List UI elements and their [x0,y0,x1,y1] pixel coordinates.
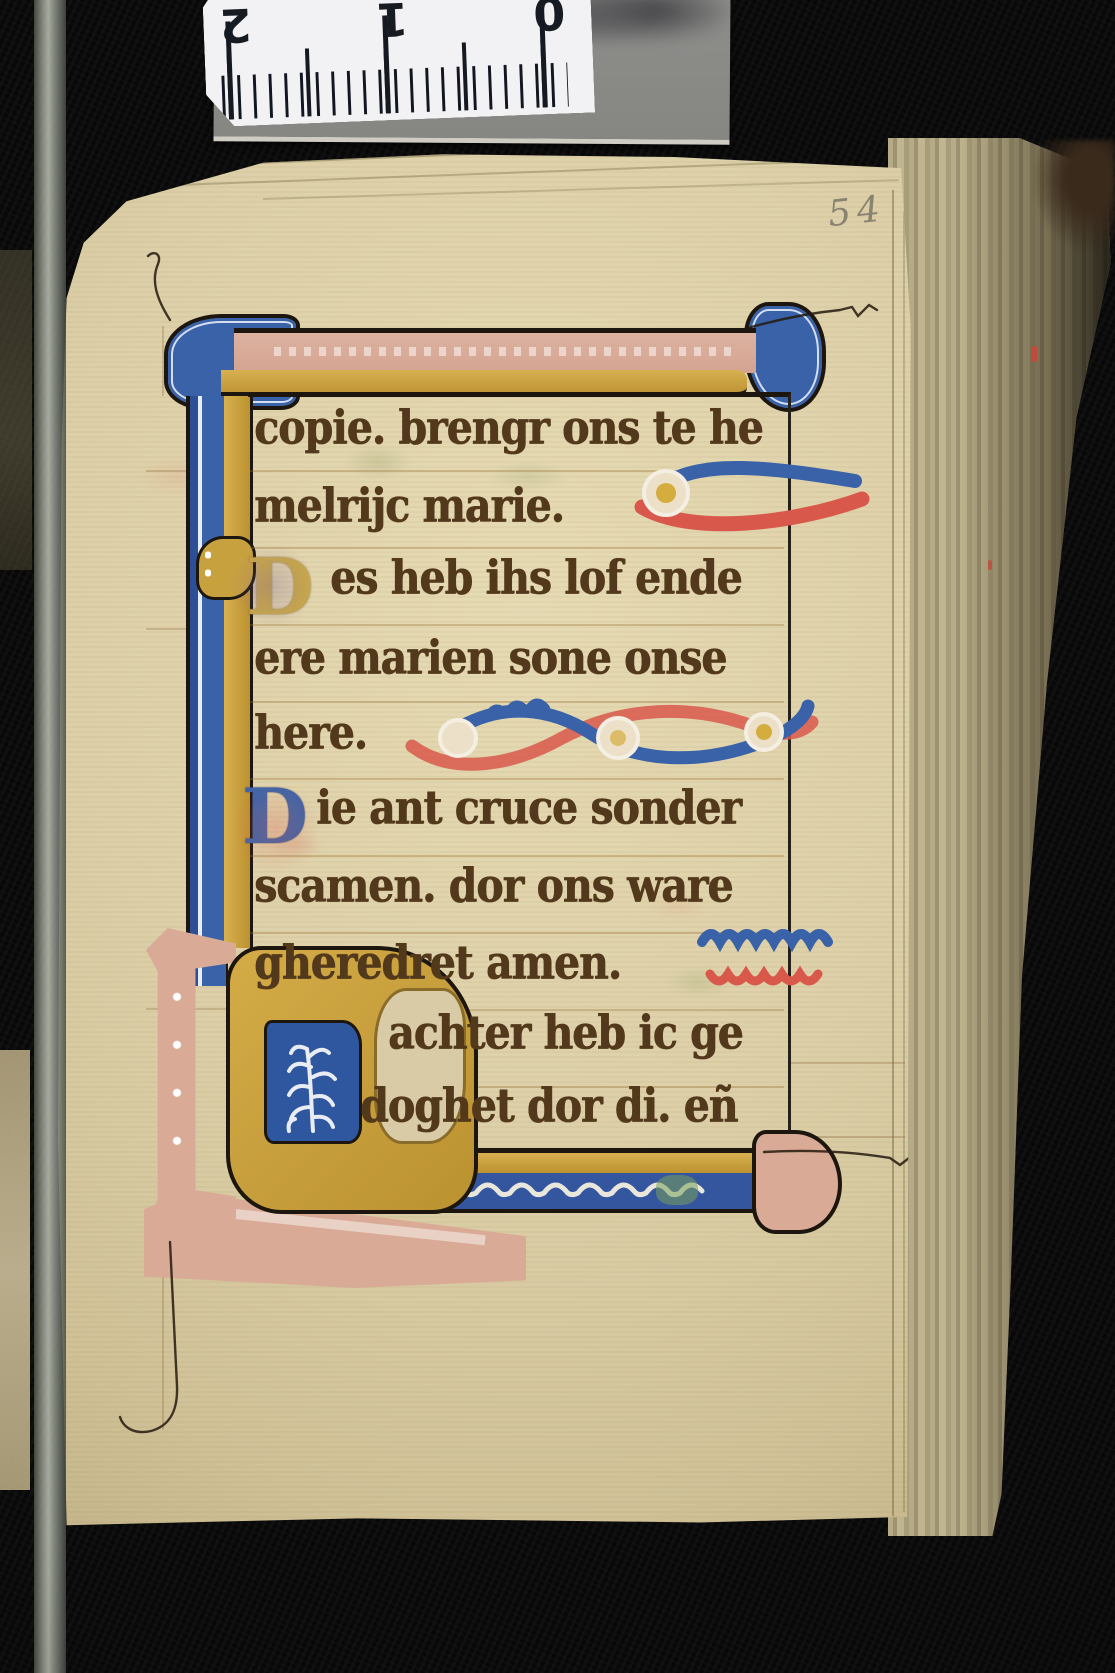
line-filler-double-scroll [392,686,822,786]
binding-corner [1030,140,1115,250]
border-bottom-right-hook [752,1130,842,1234]
manuscript-page: 54 W [58,146,914,1528]
ruler-ticks [213,7,569,120]
manuscript-line: doghet dor di. eñ [360,1078,737,1133]
folio-number: 54 [826,186,910,235]
ruling-line [790,1062,905,1064]
border-left-blue-bar [186,396,228,986]
book-fore-edge [888,138,1115,1536]
initial-blue-panel [264,1020,362,1144]
photo-scene: 2 1 0 54 [0,0,1115,1673]
facing-page-scrap [0,1050,30,1490]
ruler: 2 1 0 [202,0,595,127]
manuscript-line: scamen. dor ons ware [254,858,732,913]
manuscript-line: gheredret amen. [254,935,621,990]
facing-page-scrap [0,250,32,570]
red-speck [988,560,992,570]
leaf-edge-line [892,190,894,1516]
manuscript-line: achter heb ic ge [388,1005,743,1060]
leaf-edge-line [263,179,899,200]
leaf-edge-line [903,212,905,1512]
manuscript-line: here. [254,705,367,760]
manuscript-line: copie. brengr ons te he [254,400,763,455]
initial-letter: D [242,772,308,861]
green-smudge [656,1175,698,1205]
foliate-sprig-icon [267,1023,359,1141]
initial-letter: D [246,542,314,633]
glass-edge [34,0,66,1673]
border-top-pink-bar [234,328,756,373]
manuscript-line: ie ant cruce sonder [316,780,741,835]
manuscript-line: melrijc marie. [254,478,564,533]
red-speck [1032,346,1037,362]
manuscript-line: ere marien sone onse [254,630,726,685]
manuscript-line: es heb ihs lof ende [330,550,742,605]
line-filler-roundel-scroll [630,451,870,535]
line-filler-scallop-stack [696,916,846,996]
